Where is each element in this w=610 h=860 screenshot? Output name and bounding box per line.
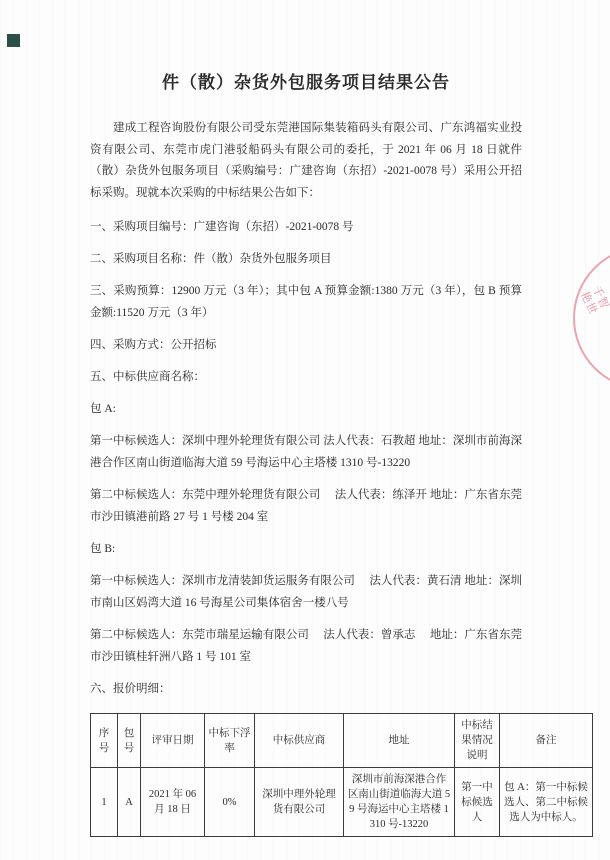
document-content: 件（散）杂货外包服务项目结果公告 建成工程咨询股份有限公司受东莞港国际集装箱码头… <box>90 68 593 837</box>
package-a-candidate-2: 第二中标候选人：东莞中理外轮理货有限公司 法人代表：练泽开 地址：广东省东莞市沙… <box>90 484 522 528</box>
cell-remarks: 包 A：第一中标候选人、第二中标候选人为中标人。 <box>500 768 593 837</box>
document-page: 件（散）杂货外包服务项目结果公告 建成工程咨询股份有限公司受东莞港国际集装箱码头… <box>0 0 610 860</box>
package-a-candidate-1: 第一中标候选人：深圳中理外轮理货有限公司 法人代表：石教超 地址：深圳市前海深港… <box>90 430 522 474</box>
item-quote-details-heading: 六、报价明细： <box>90 678 522 700</box>
cell-serial: 1 <box>91 768 118 837</box>
quote-details-table: 序号 包号 评审日期 中标下浮率 中标供应商 地址 中标结果情况说明 备注 1 … <box>90 713 593 837</box>
header-discount-rate: 中标下浮率 <box>205 714 255 768</box>
item-project-name: 二、采购项目名称：件（散）杂货外包服务项目 <box>90 248 522 270</box>
package-b-candidate-2: 第二中标候选人：东莞市瑞星运输有限公司 法人代表：曾承志 地址：广东省东莞市沙田… <box>90 624 522 668</box>
item-project-number: 一、采购项目编号：广建咨询（东招）-2021-0078 号 <box>90 216 522 238</box>
cell-supplier: 深圳中理外轮理货有限公司 <box>255 768 344 837</box>
package-b-candidate-1: 第一中标候选人：深圳市龙清装卸货运服务有限公司 法人代表：黄石清 地址：深圳市南… <box>90 570 522 614</box>
header-package: 包号 <box>118 714 141 768</box>
header-remarks: 备注 <box>500 714 593 768</box>
header-serial: 序号 <box>91 714 118 768</box>
package-a-label: 包 A: <box>90 398 522 420</box>
header-result-status: 中标结果情况说明 <box>455 714 500 768</box>
page-title: 件（散）杂货外包服务项目结果公告 <box>90 68 522 98</box>
cell-address: 深圳市前海深港合作区南山街道临海大道 59 号海运中心主塔楼 1310 号-13… <box>344 768 455 837</box>
cell-package: A <box>118 768 141 837</box>
item-procurement-method: 四、采购方式：公开招标 <box>90 334 522 356</box>
intro-paragraph: 建成工程咨询股份有限公司受东莞港国际集装箱码头有限公司、广东鸿福实业投资有限公司… <box>90 118 522 204</box>
header-supplier: 中标供应商 <box>255 714 344 768</box>
corner-scan-mark <box>7 34 20 47</box>
cell-review-date: 2021 年 06 月 18 日 <box>141 768 205 837</box>
table-row: 1 A 2021 年 06 月 18 日 0% 深圳中理外轮理货有限公司 深圳市… <box>91 768 593 837</box>
item-winning-suppliers-heading: 五、中标供应商名称： <box>90 366 522 388</box>
cell-discount-rate: 0% <box>205 768 255 837</box>
item-budget: 三、采购预算：12900 万元（3 年）；其中包 A 预算金额:1380 万元（… <box>90 280 522 324</box>
header-address: 地址 <box>344 714 455 768</box>
package-b-label: 包 B: <box>90 538 522 560</box>
table-header-row: 序号 包号 评审日期 中标下浮率 中标供应商 地址 中标结果情况说明 备注 <box>91 714 593 768</box>
cell-result-status: 第一中标候选人 <box>455 768 500 837</box>
header-review-date: 评审日期 <box>141 714 205 768</box>
